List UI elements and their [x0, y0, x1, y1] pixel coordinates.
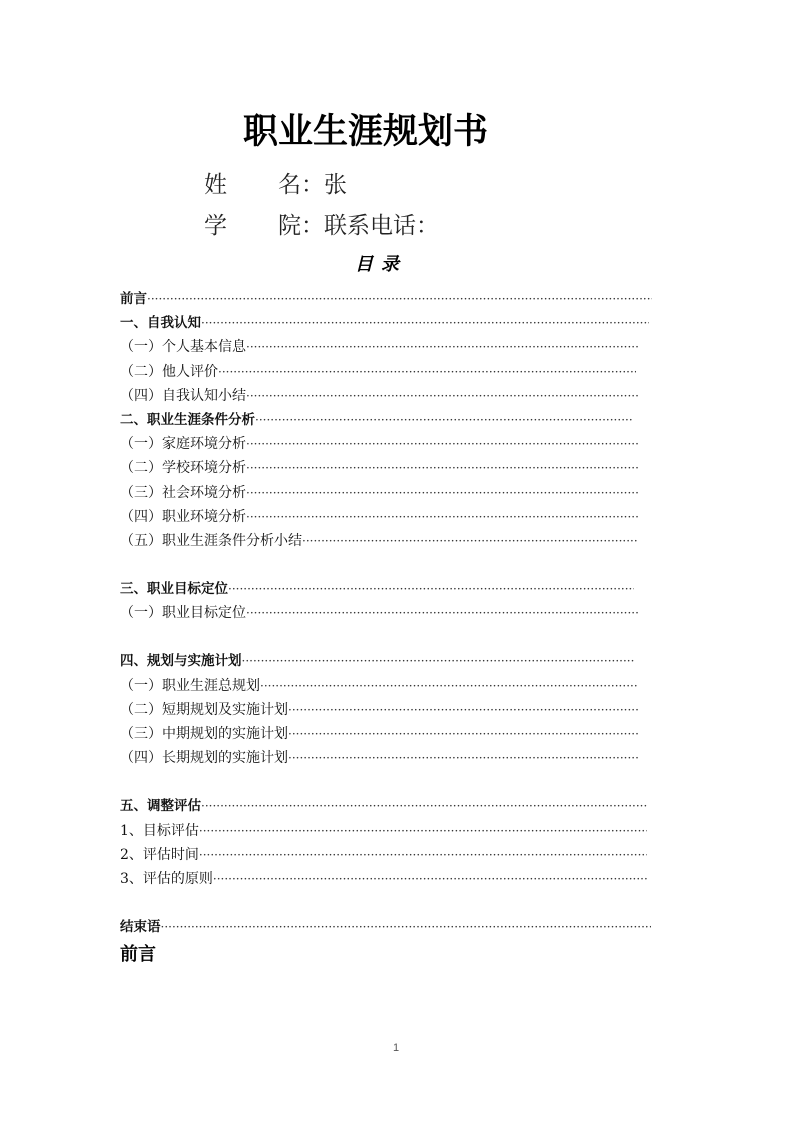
toc-entry[interactable]: （一）职业目标定位·······························… [120, 601, 680, 625]
toc-leader-dots: ········································… [213, 867, 647, 891]
toc-entry[interactable]: （四）职业环境分析·······························… [120, 505, 680, 529]
name-label: 姓 [204, 166, 278, 199]
toc-leader-dots: ········································… [246, 456, 638, 480]
toc-entry[interactable]: （四）长期规划的实施计划····························… [120, 746, 680, 770]
toc-title: 目录 [355, 250, 407, 276]
toc-entry-label: （三）社会环境分析 [120, 481, 246, 505]
toc-spacer [120, 891, 680, 915]
toc-leader-dots: ········································… [246, 335, 638, 359]
toc-entry[interactable]: 四、规划与实施计划·······························… [120, 649, 680, 673]
toc-entry[interactable]: （四）自我认知小结·······························… [120, 384, 680, 408]
toc-leader-dots: ········································… [161, 915, 651, 939]
toc-entry-label: （二）学校环境分析 [120, 456, 246, 480]
toc-leader-dots: ········································… [246, 601, 638, 625]
toc-spacer [120, 625, 680, 649]
document-title: 职业生涯规划书 [243, 104, 488, 154]
toc-leader-dots: ········································… [246, 384, 638, 408]
toc-leader-dots: ········································… [246, 481, 638, 505]
toc-leader-dots: ········································… [255, 408, 633, 432]
toc-entry-label: 1、目标评估 [120, 819, 199, 843]
toc-entry[interactable]: （一）个人基本信息·······························… [120, 335, 680, 359]
toc-leader-dots: ········································… [242, 649, 634, 673]
toc-entry[interactable]: （二）短期规划及实施计划····························… [120, 698, 680, 722]
toc-entry-label: 二、职业生涯条件分析 [120, 408, 255, 432]
toc-leader-dots: ········································… [199, 843, 647, 867]
toc-entry-label: 前言 [120, 287, 147, 311]
toc-spacer [120, 770, 680, 794]
toc-entry[interactable]: （五）职业生涯条件分析小结···························… [120, 529, 680, 553]
toc-leader-dots: ········································… [246, 505, 638, 529]
name-value: 名：张 [278, 172, 347, 198]
toc-leader-dots: ········································… [246, 432, 638, 456]
toc-entry-label: （二）他人评价 [120, 360, 218, 384]
toc-leader-dots: ········································… [288, 698, 638, 722]
college-contact-value: 院：联系电话： [278, 213, 439, 239]
toc-entry[interactable]: （一）职业生涯总规划······························… [120, 674, 680, 698]
table-of-contents: 前言······································… [120, 287, 680, 939]
toc-entry[interactable]: 1、目标评估··································… [120, 819, 680, 843]
toc-entry[interactable]: （一）家庭环境分析·······························… [120, 432, 680, 456]
toc-leader-dots: ········································… [260, 674, 638, 698]
toc-entry[interactable]: 2、评估时间··································… [120, 843, 680, 867]
toc-entry-label: 四、规划与实施计划 [120, 649, 242, 673]
toc-entry-label: 结束语 [120, 915, 161, 939]
toc-leader-dots: ········································… [201, 794, 647, 818]
section-heading-preface: 前言 [120, 940, 156, 966]
toc-leader-dots: ········································… [201, 311, 649, 335]
toc-leader-dots: ········································… [228, 577, 634, 601]
toc-entry[interactable]: 前言······································… [120, 287, 680, 311]
toc-entry-label: （一）职业生涯总规划 [120, 674, 260, 698]
toc-leader-dots: ········································… [288, 722, 638, 746]
toc-entry-label: （四）职业环境分析 [120, 505, 246, 529]
toc-entry-label: 一、自我认知 [120, 311, 201, 335]
toc-entry-label: （一）职业目标定位 [120, 601, 246, 625]
toc-entry-label: 三、职业目标定位 [120, 577, 228, 601]
toc-leader-dots: ········································… [147, 287, 652, 311]
toc-entry-label: （四）长期规划的实施计划 [120, 746, 288, 770]
toc-entry-label: （四）自我认知小结 [120, 384, 246, 408]
name-row: 姓名：张 [204, 166, 347, 199]
toc-spacer [120, 553, 680, 577]
toc-entry[interactable]: 3、评估的原则·································… [120, 867, 680, 891]
toc-entry[interactable]: （三）社会环境分析·······························… [120, 481, 680, 505]
toc-entry[interactable]: 三、职业目标定位································… [120, 577, 680, 601]
toc-leader-dots: ········································… [302, 529, 638, 553]
toc-entry-label: 3、评估的原则 [120, 867, 213, 891]
toc-entry-label: （二）短期规划及实施计划 [120, 698, 288, 722]
college-label: 学 [204, 207, 278, 240]
toc-entry-label: 五、调整评估 [120, 794, 201, 818]
toc-entry[interactable]: 结束语·····································… [120, 915, 680, 939]
toc-entry[interactable]: 五、调整评估··································… [120, 794, 680, 818]
toc-entry-label: （一）个人基本信息 [120, 335, 246, 359]
toc-leader-dots: ········································… [218, 360, 636, 384]
college-row: 学院：联系电话： [204, 207, 439, 240]
toc-entry-label: （三）中期规划的实施计划 [120, 722, 288, 746]
toc-entry[interactable]: （二）学校环境分析·······························… [120, 456, 680, 480]
toc-leader-dots: ········································… [288, 746, 638, 770]
toc-leader-dots: ········································… [199, 819, 647, 843]
toc-entry[interactable]: （二）他人评价·································… [120, 360, 680, 384]
toc-entry[interactable]: 二、职业生涯条件分析······························… [120, 408, 680, 432]
toc-entry[interactable]: （三）中期规划的实施计划····························… [120, 722, 680, 746]
toc-entry-label: 2、评估时间 [120, 843, 199, 867]
page-number: 1 [393, 1042, 399, 1054]
toc-entry[interactable]: 一、自我认知··································… [120, 311, 680, 335]
toc-entry-label: （五）职业生涯条件分析小结 [120, 529, 302, 553]
toc-entry-label: （一）家庭环境分析 [120, 432, 246, 456]
